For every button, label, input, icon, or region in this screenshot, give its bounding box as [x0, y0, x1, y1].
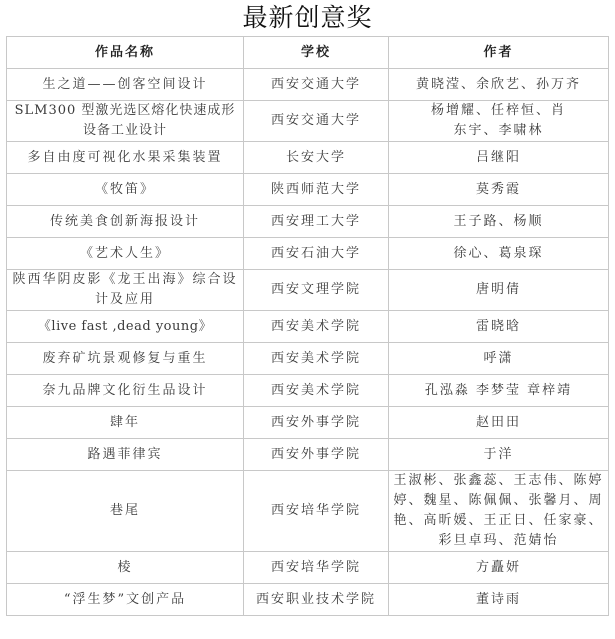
cell-work-name: “浮生梦”文创产品: [7, 584, 244, 616]
cell-author: 王子路、杨顺: [389, 206, 609, 238]
cell-work-name: 《艺术人生》: [7, 238, 244, 270]
cell-school: 西安文理学院: [244, 270, 389, 311]
cell-author: 莫秀霞: [389, 174, 609, 206]
cell-school: 西安美术学院: [244, 343, 389, 375]
cell-work-name: 《牧笛》: [7, 174, 244, 206]
cell-work-name: 多自由度可视化水果采集装置: [7, 142, 244, 174]
table-row: 废弃矿坑景观修复与重生 西安美术学院 呼潇: [7, 343, 609, 375]
table-row: 《live fast ,dead young》 西安美术学院 雷晓晗: [7, 311, 609, 343]
cell-author: 呼潇: [389, 343, 609, 375]
cell-school: 西安理工大学: [244, 206, 389, 238]
cell-school: 西安职业技术学院: [244, 584, 389, 616]
cell-author: 董诗雨: [389, 584, 609, 616]
table-row: 传统美食创新海报设计 西安理工大学 王子路、杨顺: [7, 206, 609, 238]
cell-work-name: 传统美食创新海报设计: [7, 206, 244, 238]
cell-work-name: SLM300 型激光选区熔化快速成形设备工业设计: [7, 101, 244, 142]
cell-author: 徐心、葛泉琛: [389, 238, 609, 270]
cell-work-name: 奈九品牌文化衍生品设计: [7, 375, 244, 407]
table-row: 陕西华阴皮影《龙王出海》综合设计及应用 西安文理学院 唐明倩: [7, 270, 609, 311]
cell-school: 长安大学: [244, 142, 389, 174]
cell-school: 西安美术学院: [244, 311, 389, 343]
table-row: 《牧笛》 陕西师范大学 莫秀霞: [7, 174, 609, 206]
cell-work-name: 生之道——创客空间设计: [7, 69, 244, 101]
cell-author: 于洋: [389, 439, 609, 471]
cell-school: 陕西师范大学: [244, 174, 389, 206]
cell-work-name: 陕西华阴皮影《龙王出海》综合设计及应用: [7, 270, 244, 311]
cell-work-name: 废弃矿坑景观修复与重生: [7, 343, 244, 375]
cell-author: 雷晓晗: [389, 311, 609, 343]
cell-school: 西安交通大学: [244, 101, 389, 142]
cell-school: 西安培华学院: [244, 471, 389, 552]
header-school: 学校: [244, 37, 389, 69]
table-row: 《艺术人生》 西安石油大学 徐心、葛泉琛: [7, 238, 609, 270]
cell-work-name: 棱: [7, 552, 244, 584]
table-row: 生之道——创客空间设计 西安交通大学 黄晓滢、余欣艺、孙万齐: [7, 69, 609, 101]
cell-school: 西安石油大学: [244, 238, 389, 270]
header-work-name: 作品名称: [7, 37, 244, 69]
page-title: 最新创意奖: [0, 2, 615, 34]
cell-author: 黄晓滢、余欣艺、孙万齐: [389, 69, 609, 101]
cell-author: 杨增耀、任梓恒、肖东宇、李啸林: [389, 101, 609, 142]
cell-work-name: 《live fast ,dead young》: [7, 311, 244, 343]
table-row: 肆年 西安外事学院 赵田田: [7, 407, 609, 439]
cell-author: 孔泓淼 李梦莹 章梓靖: [389, 375, 609, 407]
cell-school: 西安美术学院: [244, 375, 389, 407]
table-row: “浮生梦”文创产品 西安职业技术学院 董诗雨: [7, 584, 609, 616]
award-table: 作品名称 学校 作者 生之道——创客空间设计 西安交通大学 黄晓滢、余欣艺、孙万…: [6, 36, 609, 616]
cell-work-name: 路遇菲律宾: [7, 439, 244, 471]
cell-school: 西安培华学院: [244, 552, 389, 584]
cell-school: 西安外事学院: [244, 439, 389, 471]
table-header-row: 作品名称 学校 作者: [7, 37, 609, 69]
cell-author: 王淑彬、张鑫蕊、王志伟、陈婷婷、魏星、陈佩佩、张馨月、周艳、高昕媛、王正日、任家…: [389, 471, 609, 552]
header-author: 作者: [389, 37, 609, 69]
table-row: SLM300 型激光选区熔化快速成形设备工业设计 西安交通大学 杨增耀、任梓恒、…: [7, 101, 609, 142]
cell-work-name: 肆年: [7, 407, 244, 439]
cell-author: 唐明倩: [389, 270, 609, 311]
table-row: 巷尾 西安培华学院 王淑彬、张鑫蕊、王志伟、陈婷婷、魏星、陈佩佩、张馨月、周艳、…: [7, 471, 609, 552]
cell-school: 西安外事学院: [244, 407, 389, 439]
table-row: 奈九品牌文化衍生品设计 西安美术学院 孔泓淼 李梦莹 章梓靖: [7, 375, 609, 407]
cell-school: 西安交通大学: [244, 69, 389, 101]
table-row: 棱 西安培华学院 方矗妍: [7, 552, 609, 584]
cell-author: 吕继阳: [389, 142, 609, 174]
cell-author: 赵田田: [389, 407, 609, 439]
cell-author: 方矗妍: [389, 552, 609, 584]
cell-work-name: 巷尾: [7, 471, 244, 552]
table-row: 多自由度可视化水果采集装置 长安大学 吕继阳: [7, 142, 609, 174]
table-row: 路遇菲律宾 西安外事学院 于洋: [7, 439, 609, 471]
